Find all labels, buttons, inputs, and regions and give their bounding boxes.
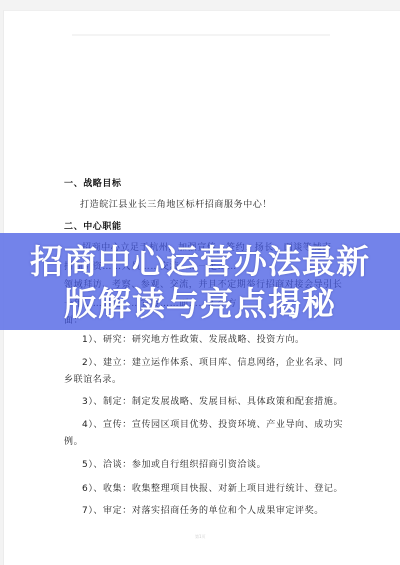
section-heading-strategy: 一、战略目标 bbox=[64, 178, 122, 190]
item-text: 收集整理项目快报、对新上项目进行统计、登记。 bbox=[132, 484, 343, 494]
page-footer-mark: 第1页 bbox=[195, 534, 206, 540]
function-item-2-continuation: 乡联谊名录。 bbox=[64, 374, 122, 386]
item-label: 研究： bbox=[103, 335, 132, 345]
function-item-6: 6）、收集：收集整理项目快报、对新上项目进行统计、登记。 bbox=[82, 483, 343, 495]
item-text: 建立运作体系、项目库、信息网络，企业名录、同 bbox=[132, 358, 343, 368]
item-label: 洽谈： bbox=[103, 460, 132, 470]
item-number: 1）、 bbox=[82, 335, 103, 345]
item-text: 对落实招商任务的单位和个人成果审定评奖。 bbox=[132, 506, 324, 516]
item-number: 7）、 bbox=[82, 506, 103, 516]
item-label: 审定： bbox=[103, 506, 132, 516]
section-heading-functions: 二、中心职能 bbox=[64, 221, 122, 233]
item-text: 研究地方性政策、发展战略、投资方向。 bbox=[132, 335, 305, 345]
section-body-strategy: 打造皖江县业长三角地区标杆招商服务中心！ bbox=[80, 199, 272, 211]
function-item-4-continuation: 例。 bbox=[64, 436, 83, 448]
item-number: 6）、 bbox=[82, 484, 103, 494]
function-item-1: 1）、研究：研究地方性政策、发展战略、投资方向。 bbox=[82, 334, 305, 346]
item-label: 制定： bbox=[103, 397, 132, 407]
item-number: 3）、 bbox=[82, 397, 103, 407]
item-number: 2）、 bbox=[82, 358, 103, 368]
function-item-3: 3）、制定：制定发展战略、发展目标、具体政策和配套措施。 bbox=[82, 396, 343, 408]
banner-title-line-1: 招商中心运营办法最新 bbox=[0, 241, 400, 283]
function-item-2: 2）、建立：建立运作体系、项目库、信息网络，企业名录、同 bbox=[82, 357, 343, 369]
banner-title: 招商中心运营办法最新 版解读与亮点揭秘 bbox=[0, 241, 400, 325]
item-label: 收集： bbox=[103, 484, 132, 494]
item-number: 5）、 bbox=[82, 460, 103, 470]
item-text: 制定发展战略、发展目标、具体政策和配套措施。 bbox=[132, 397, 343, 407]
header-rule bbox=[72, 34, 330, 36]
item-label: 建立： bbox=[103, 358, 132, 368]
function-item-4: 4）、宣传：宣传园区项目优势、投资环境、产业导向、成功实 bbox=[82, 419, 343, 431]
function-item-7: 7）、审定：对落实招商任务的单位和个人成果审定评奖。 bbox=[82, 505, 324, 517]
item-number: 4）、 bbox=[82, 420, 103, 430]
banner-title-line-2: 版解读与亮点揭秘 bbox=[0, 283, 400, 325]
item-label: 宣传： bbox=[103, 420, 132, 430]
function-item-5: 5）、洽谈：参加或自行组织招商引资洽谈。 bbox=[82, 459, 266, 471]
item-text: 宣传园区项目优势、投资环境、产业导向、成功实 bbox=[132, 420, 343, 430]
item-text: 参加或自行组织招商引资洽谈。 bbox=[132, 460, 266, 470]
title-banner: 招商中心立足于杭州，加强宣传，签约，扬长，面谈等城市 招商引资……人员……交流…… bbox=[0, 233, 400, 330]
